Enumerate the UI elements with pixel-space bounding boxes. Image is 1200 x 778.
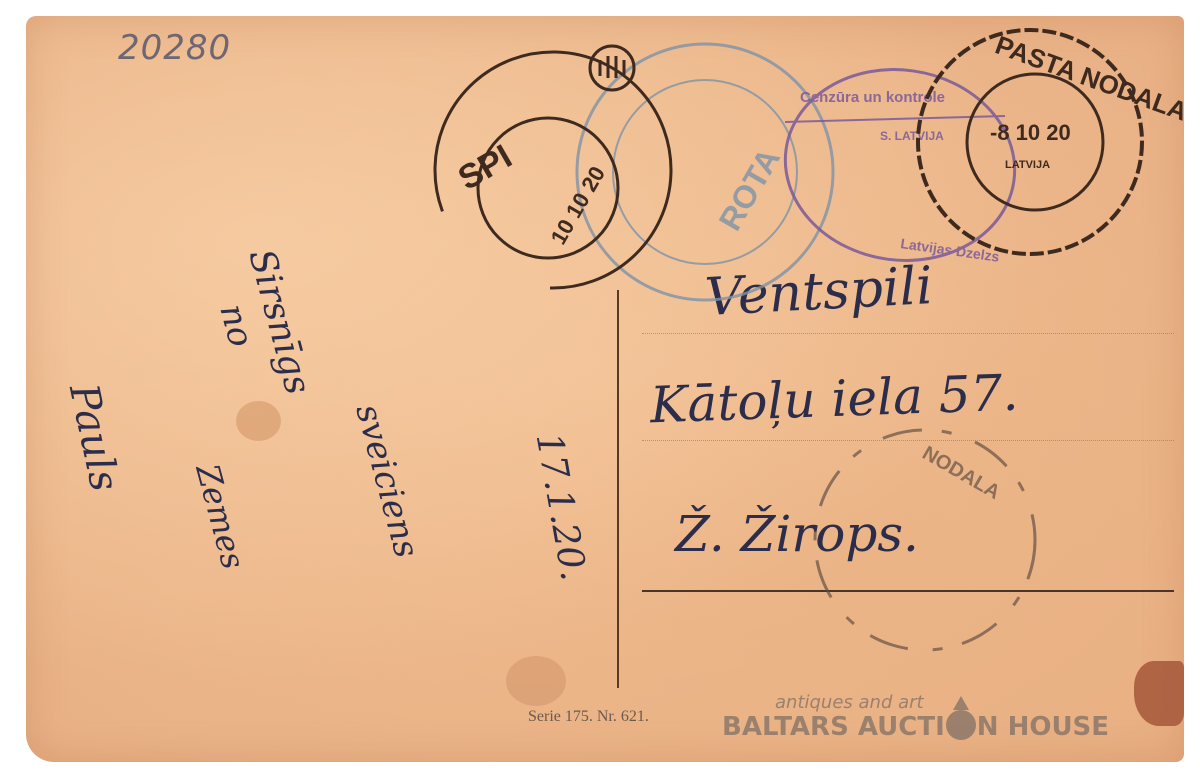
svg-text:PASTA NODALA: PASTA NODALA bbox=[991, 30, 1191, 127]
svg-text:LATVIJA: LATVIJA bbox=[1005, 159, 1050, 171]
watermark-brand-left: BALTARS AUCTI bbox=[722, 712, 945, 742]
postmarks-layer: ROTA Cenzūra un kontrole S. LATVIJA Latv… bbox=[0, 0, 1200, 778]
svg-text:S. LATVIJA: S. LATVIJA bbox=[880, 129, 944, 143]
svg-text:SPI: SPI bbox=[452, 137, 518, 197]
watermark-brand: BALTARS AUCTIN HOUSE bbox=[722, 710, 1109, 742]
printed-series-number: Serie 175. Nr. 621. bbox=[528, 708, 649, 726]
faint-cancel-stamp: NODALA bbox=[815, 430, 1035, 650]
crown-orb-icon bbox=[946, 710, 976, 740]
watermark-brand-right: N HOUSE bbox=[977, 712, 1109, 742]
svg-text:ROTA: ROTA bbox=[712, 142, 787, 236]
svg-text:-8 10 20: -8 10 20 bbox=[990, 120, 1071, 145]
field-post-cancel-stamp: PASTA NODALA -8 10 20 LATVIJA bbox=[918, 30, 1192, 254]
arrival-cancel-stamp: SPI 10 10 20 bbox=[402, 19, 704, 321]
